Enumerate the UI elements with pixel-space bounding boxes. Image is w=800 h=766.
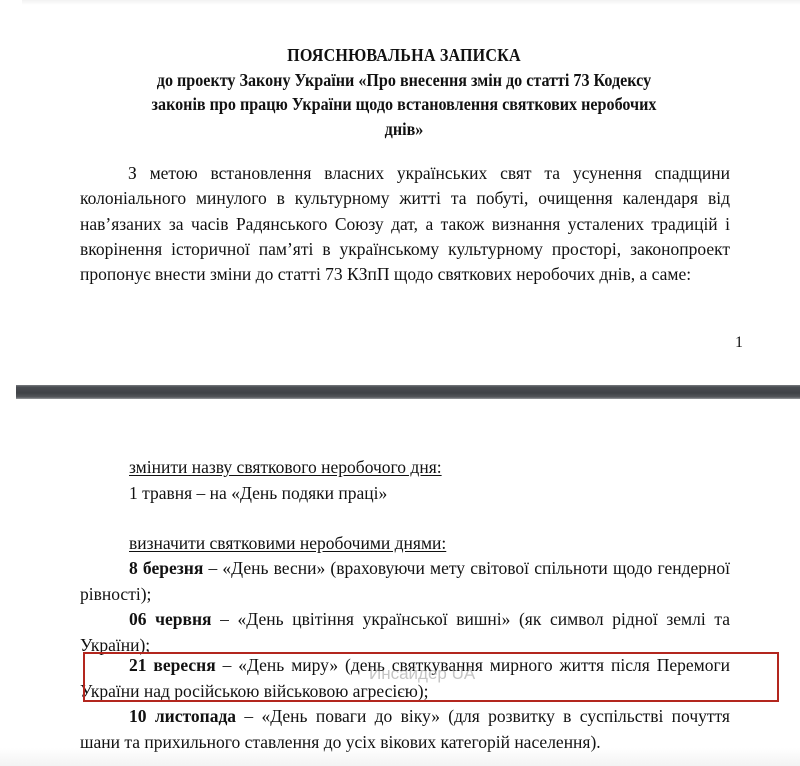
title-line-4: днів» — [106, 117, 702, 142]
document-title: ПОЯСНЮВАЛЬНА ЗАПИСКА до проекту Закону У… — [106, 43, 702, 141]
holiday-date: 8 березня — [129, 558, 203, 578]
rename-item: 1 травня – на «День подяки праці» — [129, 481, 387, 505]
title-line-3: законів про працю України щодо встановле… — [106, 92, 702, 117]
document-page-1: ПОЯСНЮВАЛЬНА ЗАПИСКА до проекту Закону У… — [0, 0, 800, 385]
holiday-date: 10 листопада — [129, 706, 236, 726]
page-top-shadow — [22, 0, 800, 5]
watermark: Инсайдер UA — [369, 664, 475, 684]
holiday-item: 8 березня – «День весни» (враховуючи мет… — [80, 556, 730, 607]
title-heading: ПОЯСНЮВАЛЬНА ЗАПИСКА — [106, 43, 702, 68]
page-separator — [16, 385, 800, 399]
section-rename-heading: змінити назву святкового неробочого дня: — [129, 455, 442, 479]
intro-paragraph-text: З метою встановлення власних українських… — [80, 163, 730, 284]
page-bottom-shadow — [0, 748, 800, 766]
page-number: 1 — [735, 334, 743, 352]
holiday-item: 06 червня – «День цвітіння української в… — [80, 607, 730, 658]
intro-paragraph: З метою встановлення власних українських… — [80, 161, 730, 287]
title-line-2: до проекту Закону України «Про внесення … — [106, 68, 702, 93]
section-define-heading: визначити святковими неробочими днями: — [129, 531, 446, 555]
holiday-date: 06 червня — [129, 609, 212, 629]
